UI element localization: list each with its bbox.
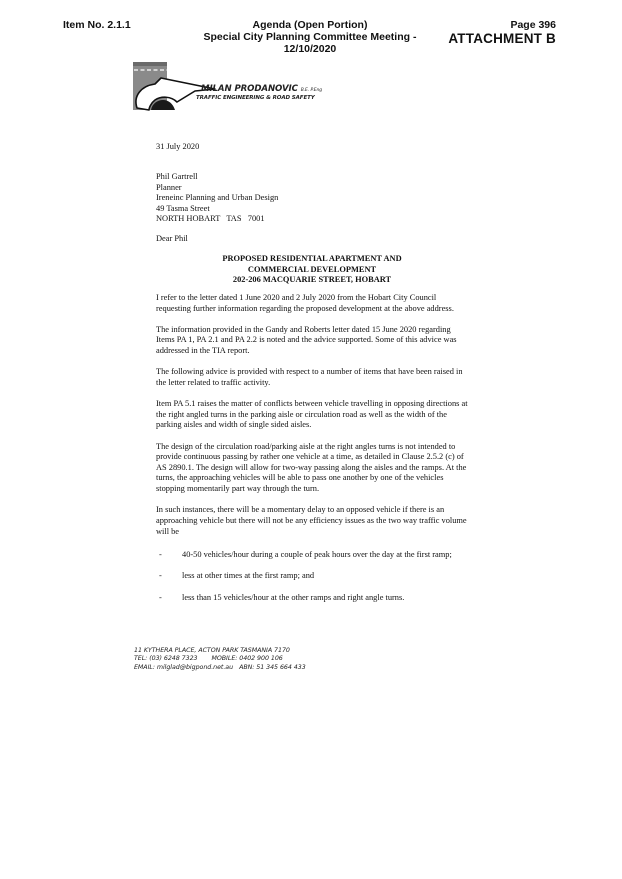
salutation: Dear Phil <box>156 234 468 245</box>
recipient-name: Phil Gartrell <box>156 172 468 183</box>
item-number: Item No. 2.1.1 <box>63 19 131 31</box>
letter-date: 31 July 2020 <box>156 142 468 153</box>
page-number: Page 396 <box>448 19 556 31</box>
footer-tel: TEL: (03) 6248 7323 <box>134 655 198 662</box>
meeting-title: Special City Planning Committee Meeting … <box>180 31 440 55</box>
volume-list: -40-50 vehicles/hour during a couple of … <box>156 550 468 603</box>
subject-line: 202-206 MACQUARIE STREET, HOBART <box>156 275 468 286</box>
agenda-title: Agenda (Open Portion) <box>180 19 440 31</box>
agenda-header: Agenda (Open Portion) Special City Plann… <box>180 19 440 55</box>
letterhead-text: MILAN PRODANOVIC B.E. P.Eng TRAFFIC ENGI… <box>201 85 322 102</box>
list-item: -less than 15 vehicles/hour at the other… <box>156 593 468 604</box>
firm-name: MILAN PRODANOVIC <box>201 84 298 94</box>
footer-email: EMAIL: milglad@bigpond.net.au <box>134 664 233 671</box>
attachment-label: ATTACHMENT B <box>448 31 556 47</box>
bullet-dash-icon: - <box>159 571 162 582</box>
footer-abn: ABN: 51 345 664 433 <box>239 664 306 671</box>
letter-body: I refer to the letter dated 1 June 2020 … <box>156 293 468 614</box>
recipient-company: Ireneinc Planning and Urban Design <box>156 193 468 204</box>
paragraph: I refer to the letter dated 1 June 2020 … <box>156 293 468 314</box>
paragraph: The design of the circulation road/parki… <box>156 442 468 495</box>
recipient-address: Phil Gartrell Planner Ireneinc Planning … <box>156 172 468 225</box>
bullet-dash-icon: - <box>159 593 162 604</box>
firm-qualification: B.E. P.Eng <box>301 88 322 93</box>
paragraph: The information provided in the Gandy an… <box>156 325 468 357</box>
recipient-role: Planner <box>156 183 468 194</box>
list-item: -40-50 vehicles/hour during a couple of … <box>156 550 468 561</box>
paragraph: Item PA 5.1 raises the matter of conflic… <box>156 399 468 431</box>
firm-tagline: TRAFFIC ENGINEERING & ROAD SAFETY <box>196 95 322 102</box>
subject-line: COMMERCIAL DEVELOPMENT <box>156 265 468 276</box>
recipient-city: NORTH HOBART TAS 7001 <box>156 214 468 225</box>
footer-mobile: MOBILE: 0402 900 106 <box>212 655 283 662</box>
footer-address: 11 KYTHERA PLACE, ACTON PARK TASMANIA 71… <box>134 647 306 655</box>
subject-line: PROPOSED RESIDENTIAL APARTMENT AND <box>156 254 468 265</box>
letterhead-footer: 11 KYTHERA PLACE, ACTON PARK TASMANIA 71… <box>134 647 306 672</box>
page-info: Page 396 ATTACHMENT B <box>448 19 556 47</box>
subject-heading: PROPOSED RESIDENTIAL APARTMENT AND COMME… <box>156 254 468 286</box>
paragraph: The following advice is provided with re… <box>156 367 468 388</box>
bullet-dash-icon: - <box>159 550 162 561</box>
list-item: -less at other times at the first ramp; … <box>156 571 468 582</box>
paragraph: In such instances, there will be a momen… <box>156 505 468 537</box>
recipient-street: 49 Tasma Street <box>156 204 468 215</box>
